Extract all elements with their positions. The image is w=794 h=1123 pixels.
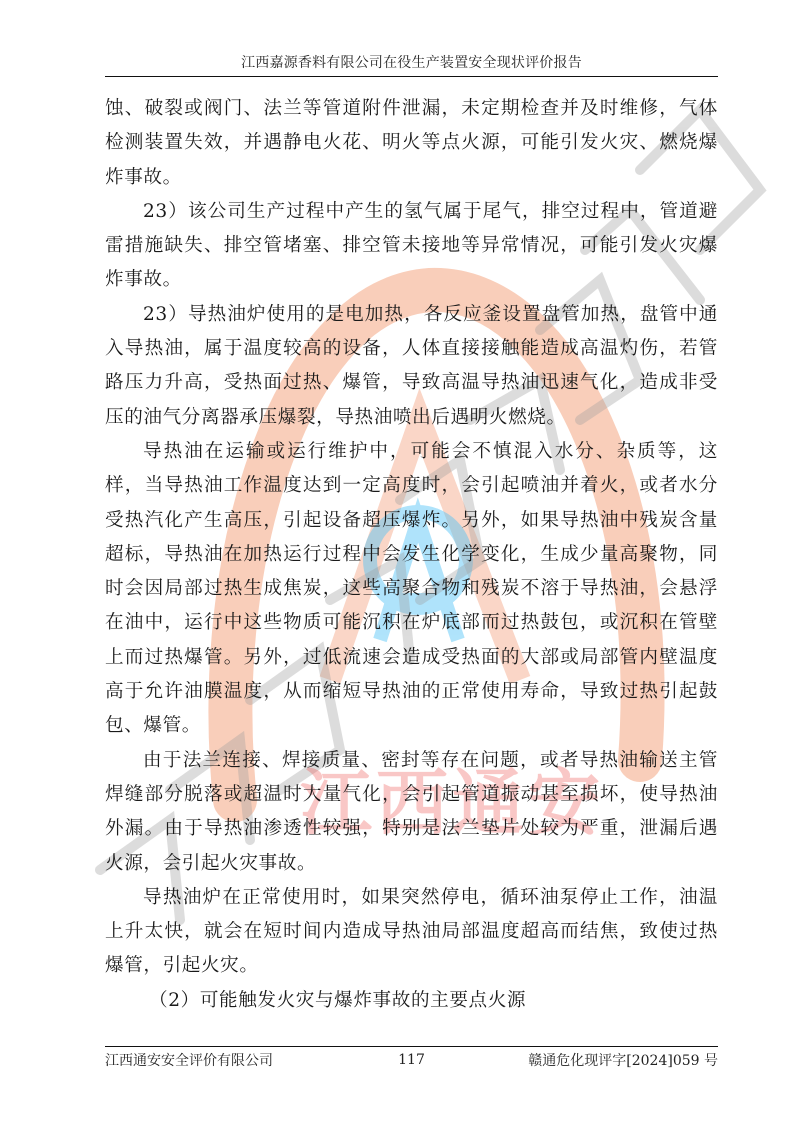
page-footer: 江西通安安全评价有限公司 117 赣通危化现评字[2024]059 号 (105, 1050, 718, 1070)
page-number: 117 (105, 1052, 718, 1068)
header-divider (105, 76, 718, 77)
paragraph: 蚀、破裂或阀门、法兰等管道附件泄漏，未定期检查并及时维修，气体检测装置失效，并遇… (105, 92, 718, 195)
paragraph: 由于法兰连接、焊接质量、密封等存在问题，或者导热油输送主管焊缝部分脱落或超温时大… (105, 744, 718, 881)
document-body: 蚀、破裂或阀门、法兰等管道附件泄漏，未定期检查并及时维修，气体检测装置失效，并遇… (105, 92, 718, 1018)
paragraph: 23）该公司生产过程中产生的氢气属于尾气，排空过程中，管道避雷措施缺失、排空管堵… (105, 195, 718, 298)
paragraph: 导热油炉在正常使用时，如果突然停电，循环油泵停止工作，油温上升太快，就会在短时间… (105, 881, 718, 984)
document-page: 江西通安 江西嘉源香料有限公司在役生产装置安全现状评价报告 蚀、破裂或阀门、法兰… (0, 0, 794, 1123)
paragraph: 23）导热油炉使用的是电加热，各反应釜设置盘管加热，盘管中通入导热油，属于温度较… (105, 298, 718, 435)
section-heading: （2）可能触发火灾与爆炸事故的主要点火源 (105, 984, 718, 1018)
page-header: 江西嘉源香料有限公司在役生产装置安全现状评价报告 (105, 52, 718, 72)
paragraph: 导热油在运输或运行维护中，可能会不慎混入水分、杂质等，这样，当导热油工作温度达到… (105, 435, 718, 744)
footer-divider (105, 1046, 718, 1047)
